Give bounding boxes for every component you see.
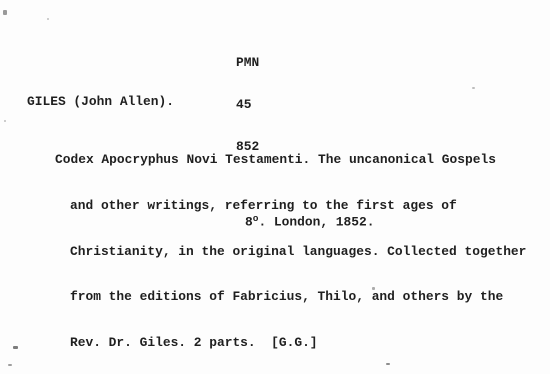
scan-speck: [372, 287, 375, 290]
imprint-text: . London, 1852.: [258, 215, 374, 230]
format-number: 8: [245, 215, 253, 230]
description-line: from the editions of Fabricius, Thilo, a…: [70, 289, 526, 304]
description-line: Christianity, in the original languages.…: [70, 244, 526, 259]
catalog-card: PMN 45 852 GILES (John Allen). Codex Apo…: [0, 0, 550, 374]
author-heading: GILES (John Allen).: [27, 94, 174, 109]
scan-speck: [386, 363, 390, 365]
scan-speck: [472, 87, 475, 89]
description-line: Rev. Dr. Giles. 2 parts. [G.G.]: [70, 335, 526, 350]
classmark-line-1: PMN: [236, 56, 267, 70]
scan-speck: [8, 364, 12, 366]
scan-speck: [3, 10, 7, 15]
description-line: Codex Apocryphus Novi Testamenti. The un…: [55, 152, 526, 167]
classmark-line-2: 45: [236, 98, 267, 112]
scan-speck: [13, 346, 18, 349]
scan-speck: [4, 120, 6, 122]
scan-speck: [47, 18, 49, 20]
description: Codex Apocryphus Novi Testamenti. The un…: [55, 122, 526, 374]
imprint: 8o. London, 1852.: [245, 211, 375, 230]
